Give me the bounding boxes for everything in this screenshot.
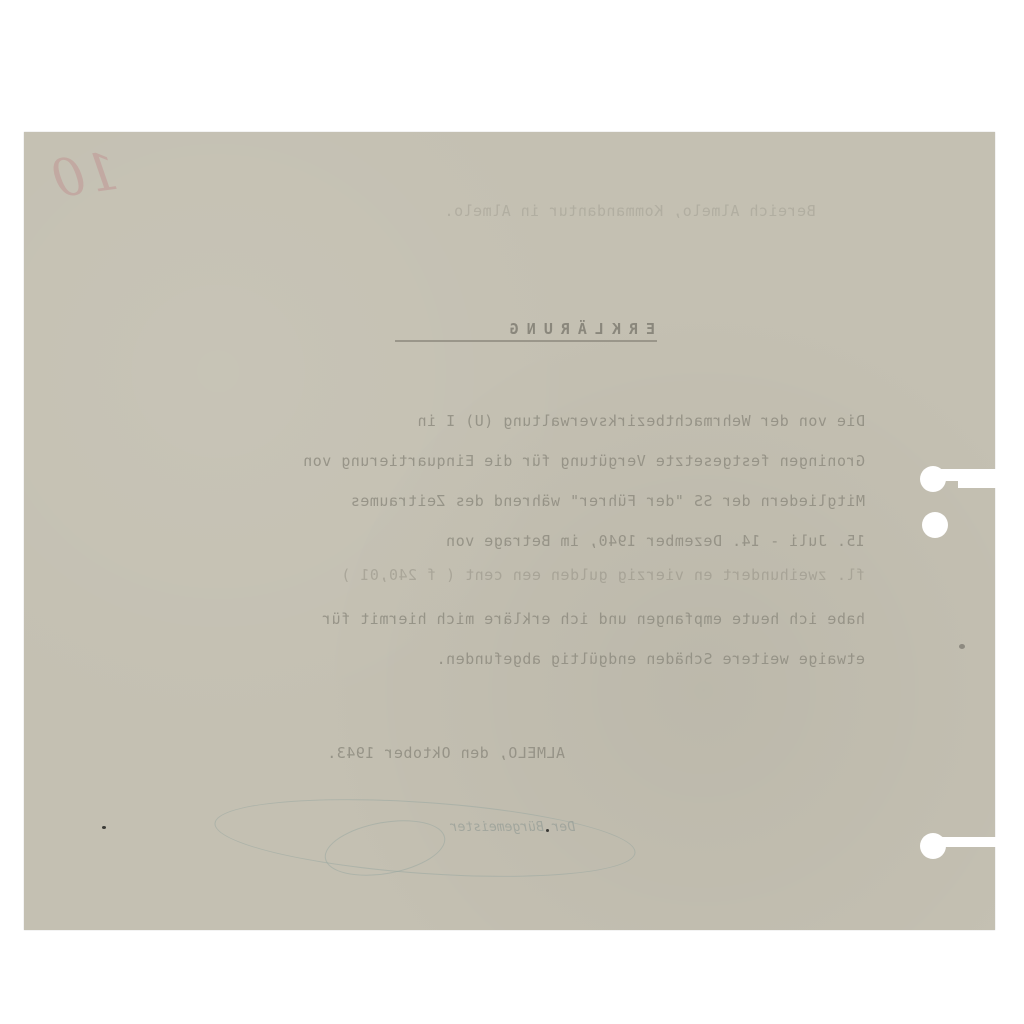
- body-line-1: Die von der Wehrmachtbezirksverwaltung (…: [417, 412, 865, 430]
- body-line-3: Mitgliedern der SS "der Führer" während …: [350, 492, 865, 510]
- body-line-2: Groningen festgesetzte Vergütung für die…: [303, 452, 865, 470]
- body-line-4: 15. Juli - 14. Dezember 1940, im Betrage…: [446, 532, 865, 550]
- paper-speck: [546, 829, 549, 832]
- title-underline: [395, 340, 657, 342]
- binder-hole: [922, 512, 948, 538]
- document-paper: 10 Bereich Almelo, Kommandantur in Almel…: [24, 132, 995, 930]
- binder-notch-bottom-slot: [935, 837, 1000, 847]
- body-line-6: habe ich heute empfangen und ich erkläre…: [322, 610, 865, 628]
- body-line-5-amount: fl. zweihundert en vierzig gulden een ce…: [341, 566, 865, 584]
- document-title: ERKLÄRUNG: [502, 320, 655, 338]
- body-line-7: etwaige weitere Schäden endgültig abgefu…: [436, 650, 865, 668]
- paper-speck: [959, 644, 965, 649]
- edge-cut: [958, 478, 998, 488]
- paper-speck: [102, 826, 106, 829]
- header-line: Bereich Almelo, Kommandantur in Almelo.: [444, 202, 816, 220]
- date-line: ALMELO, den Oktober 1943.: [327, 744, 565, 762]
